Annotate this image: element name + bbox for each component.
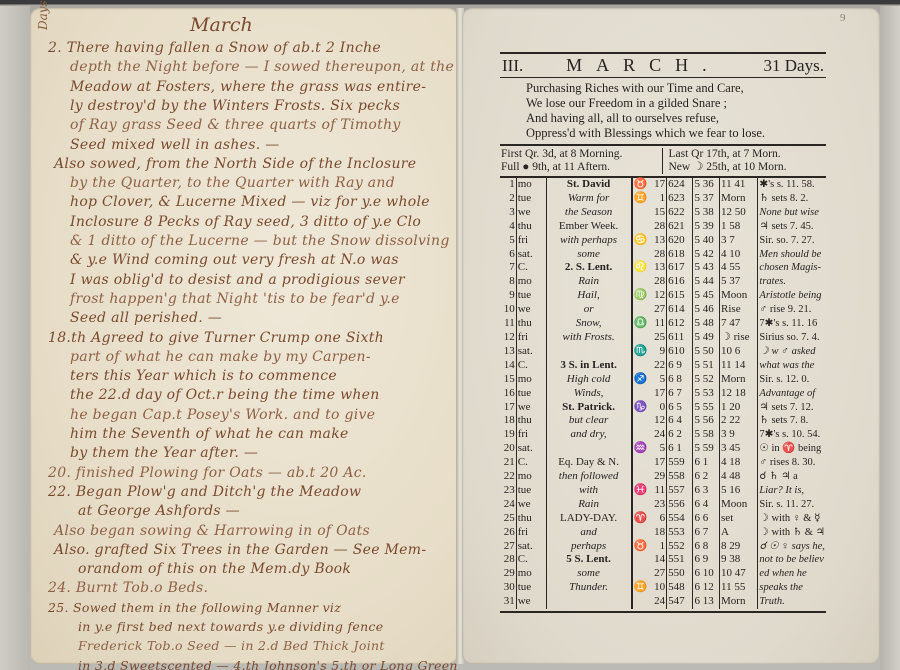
sunset: 5 53 — [693, 387, 720, 401]
feast-weather: St. David — [546, 178, 631, 192]
moon-sign-icon: ♋ — [632, 234, 651, 248]
feast-weather: 2. S. Lent. — [546, 261, 631, 275]
moon-degree: 10 — [650, 581, 666, 595]
moon-rise-set: 1 58 — [720, 220, 758, 234]
moon-sign-icon — [632, 248, 651, 262]
sunset: 5 43 — [693, 261, 720, 275]
weekday: we — [516, 206, 546, 220]
sunset: 5 44 — [693, 275, 720, 289]
diary-line: Frederick Tob.o Seed — in 2.d Bed Thick … — [78, 638, 385, 653]
sunset: 5 56 — [693, 414, 720, 428]
moon-rise-set: 2 22 — [720, 414, 758, 428]
calendar-row: 24weRain235566 4MoonSir. s. 11. 27. — [500, 498, 826, 512]
feast-weather: with perhaps — [546, 234, 631, 248]
almanac-verse: Purchasing Riches with our Time and Care… — [500, 78, 826, 144]
moon-degree: 9 — [650, 345, 666, 359]
moon-rise-set: 11 14 — [720, 359, 758, 373]
aspects-note: ♄ sets 8. 2. — [758, 192, 826, 206]
almanac-header: III. MARCH. 31 Days. — [500, 54, 826, 77]
sunrise: 552 — [667, 540, 693, 554]
weekday: C. — [516, 261, 546, 275]
diary-line: Seed mixed well in ashes. — — [70, 137, 280, 153]
moon-sign-icon — [632, 567, 651, 581]
day-number: 3 — [500, 206, 516, 220]
diary-line: he began Cap.t Posey's Work. and to give — [70, 407, 375, 423]
days-count: 31 Days. — [764, 56, 824, 76]
moon-rise-set: 3 45 — [720, 442, 758, 456]
feast-weather: LADY-DAY. — [546, 512, 631, 526]
sunrise: 614 — [667, 303, 693, 317]
aspects-note: ☌ ☉ ♀ says he, — [758, 540, 826, 554]
diary-line: & y.e Wind coming out very fresh at N.o … — [70, 252, 399, 268]
calendar-row: 7C.2. S. Lent.♌136175 434 55chosen Magis… — [500, 261, 826, 275]
feast-weather: Hail, — [546, 289, 631, 303]
calendar-row: 15moHigh cold♐56 85 52MornSir. s. 12. 0. — [500, 373, 826, 387]
calendar-row: 1moSt. David♉176245 3611 41✱'s s. 11. 58… — [500, 178, 826, 192]
aspects-note: 7✱'s s. 10. 54. — [758, 428, 826, 442]
moon-sign-icon — [632, 526, 651, 540]
sunrise: 616 — [667, 275, 693, 289]
sunset: 5 58 — [693, 428, 720, 442]
calendar-row: 13sat.♏96105 5010 6☽ w ♂ asked — [500, 345, 826, 359]
calendar-row: 5friwith perhaps♋136205 403 7Sir. so. 7.… — [500, 234, 826, 248]
day-number: 22 — [500, 470, 516, 484]
moon-sign-icon: ♉ — [632, 540, 651, 554]
day-number: 21 — [500, 456, 516, 470]
moon-sign-icon: ♊ — [632, 581, 651, 595]
diary-line: hop Clover, & Lucerne Mixed — viz for y.… — [70, 194, 430, 210]
weekday: tue — [516, 192, 546, 206]
diary-line: Seed all perished. — — [70, 310, 222, 326]
moon-rise-set: Morn — [720, 192, 758, 206]
sunset: 5 52 — [693, 373, 720, 387]
feast-weather: Snow, — [546, 317, 631, 331]
calendar-row: 30tueThunder.♊105486 1211 55speaks the — [500, 581, 826, 595]
moon-sign-icon: ♎ — [632, 317, 651, 331]
moon-degree: 12 — [650, 414, 666, 428]
sunset: 6 12 — [693, 581, 720, 595]
day-number: 17 — [500, 401, 516, 415]
moon-degree: 17 — [650, 456, 666, 470]
feast-weather: or — [546, 303, 631, 317]
moon-sign-icon — [632, 387, 651, 401]
moon-degree: 14 — [650, 553, 666, 567]
day-number: 16 — [500, 387, 516, 401]
calendar-row: 19friand dry,246 25 583 97✱'s s. 10. 54. — [500, 428, 826, 442]
feast-weather: with — [546, 484, 631, 498]
moon-phase-last-quarter: Last Qr 17th, at 7 Morn. — [669, 148, 826, 161]
moon-rise-set: 4 10 — [720, 248, 758, 262]
aspects-note: ☌ ♄ ♃ a — [758, 470, 826, 484]
feast-weather: Thunder. — [546, 581, 631, 595]
verse-line: And having all, all to ourselves refuse, — [526, 111, 826, 126]
weekday: mo — [516, 567, 546, 581]
sunrise: 620 — [667, 234, 693, 248]
day-number: 20 — [500, 442, 516, 456]
day-number: 23 — [500, 484, 516, 498]
moon-degree: 18 — [650, 526, 666, 540]
sunset: 5 38 — [693, 206, 720, 220]
moon-sign-icon: ♉ — [632, 178, 651, 192]
weekday: C. — [516, 553, 546, 567]
aspects-note: ✱'s s. 11. 58. — [758, 178, 826, 192]
weekday: we — [516, 401, 546, 415]
diary-line: ly destroy'd by the Winters Frosts. Six … — [70, 98, 400, 114]
diary-line: I was oblig'd to desist and a prodigious… — [70, 272, 405, 288]
verse-line: Oppress'd with Blessings which we fear t… — [526, 126, 826, 141]
aspects-note: ed when he — [758, 567, 826, 581]
moon-degree: 24 — [650, 595, 666, 609]
diary-month-title: March — [190, 14, 253, 36]
month-name: MARCH. — [566, 55, 721, 76]
sunrise: 622 — [667, 206, 693, 220]
diary-line: 22. Began Plow'g and Ditch'g the Meadow — [48, 484, 361, 500]
sunrise: 624 — [667, 178, 693, 192]
moon-rise-set: 10 6 — [720, 345, 758, 359]
moon-sign-icon: ♌ — [632, 261, 651, 275]
feast-weather: Winds, — [546, 387, 631, 401]
feast-weather: Warm for — [546, 192, 631, 206]
moon-degree: 29 — [650, 470, 666, 484]
sunset: 6 7 — [693, 526, 720, 540]
weekday: thu — [516, 317, 546, 331]
moon-rise-set: Rise — [720, 303, 758, 317]
aspects-note: speaks the — [758, 581, 826, 595]
moon-rise-set: Morn — [720, 373, 758, 387]
moon-degree: 27 — [650, 567, 666, 581]
day-number: 14 — [500, 359, 516, 373]
sunrise: 551 — [667, 553, 693, 567]
feast-weather: Rain — [546, 275, 631, 289]
day-number: 29 — [500, 567, 516, 581]
calendar-row: 3wethe Season156225 3812 50None but wise — [500, 206, 826, 220]
diary-line: depth the Night before — I sowed thereup… — [70, 59, 454, 75]
sunset: 5 48 — [693, 317, 720, 331]
moon-rise-set: 12 50 — [720, 206, 758, 220]
weekday: C. — [516, 359, 546, 373]
moon-sign-icon: ♊ — [632, 192, 651, 206]
aspects-note: ♃ sets 7. 45. — [758, 220, 826, 234]
moon-rise-set: 5 16 — [720, 484, 758, 498]
aspects-note: ☽ with ♀ & ☿ — [758, 512, 826, 526]
weekday: sat. — [516, 442, 546, 456]
sunrise: 6 7 — [667, 387, 693, 401]
feast-weather: some — [546, 248, 631, 262]
moon-phase-first-quarter: First Qr. 3d, at 8 Morning. — [501, 148, 658, 161]
weekday: sat. — [516, 540, 546, 554]
moon-sign-icon: ♒ — [632, 442, 651, 456]
moon-degree: 28 — [650, 248, 666, 262]
day-number: 13 — [500, 345, 516, 359]
weekday: sat. — [516, 345, 546, 359]
moon-degree: 12 — [650, 289, 666, 303]
mount-edge-left — [0, 6, 30, 670]
day-number: 15 — [500, 373, 516, 387]
weekday: we — [516, 595, 546, 609]
moon-degree: 11 — [650, 484, 666, 498]
moon-rise-set: 5 37 — [720, 275, 758, 289]
sunrise: 612 — [667, 317, 693, 331]
aspects-note: None but wise — [758, 206, 826, 220]
moon-sign-icon — [632, 428, 651, 442]
diary-line: him the Seventh of what he can make — [70, 426, 349, 442]
moon-rise-set: Morn — [720, 595, 758, 609]
calendar-row: 20sat.♒56 15 593 45☉ in ♈ being — [500, 442, 826, 456]
aspects-note: not to be believ — [758, 553, 826, 567]
day-number: 24 — [500, 498, 516, 512]
moon-rise-set: A — [720, 526, 758, 540]
day-number: 8 — [500, 275, 516, 289]
aspects-note: Sirius so. 7. 4. — [758, 331, 826, 345]
moon-rise-set: 3 7 — [720, 234, 758, 248]
calendar-row: 21C.Eq. Day & N.175596 14 18♂ rises 8. 3… — [500, 456, 826, 470]
sunset: 6 6 — [693, 512, 720, 526]
sunset: 5 36 — [693, 178, 720, 192]
calendar-row: 12friwith Frosts.256115 49☽ riseSirius s… — [500, 331, 826, 345]
feast-weather: St. Patrick. — [546, 401, 631, 415]
aspects-note: ♄ sets 7. 8. — [758, 414, 826, 428]
moon-rise-set: 4 18 — [720, 456, 758, 470]
moon-sign-icon — [632, 553, 651, 567]
moon-degree: 13 — [650, 234, 666, 248]
calendar-row: 11thuSnow,♎116125 487 477✱'s s. 11. 16 — [500, 317, 826, 331]
moon-sign-icon — [632, 498, 651, 512]
calendar-row: 8moRain286165 445 37trates. — [500, 275, 826, 289]
day-number: 9 — [500, 289, 516, 303]
diary-line: by the Quarter, to the Quarter with Ray … — [70, 175, 395, 191]
moon-degree: 5 — [650, 442, 666, 456]
sunset: 6 9 — [693, 553, 720, 567]
sunrise: 547 — [667, 595, 693, 609]
sunset: 5 42 — [693, 248, 720, 262]
weekday: tue — [516, 387, 546, 401]
calendar-row: 2tueWarm for♊16235 37Morn♄ sets 8. 2. — [500, 192, 826, 206]
day-number: 6 — [500, 248, 516, 262]
day-number: 28 — [500, 553, 516, 567]
moon-sign-icon — [632, 303, 651, 317]
moon-degree: 25 — [650, 331, 666, 345]
weekday: thu — [516, 414, 546, 428]
sunrise: 6 2 — [667, 428, 693, 442]
sunrise: 611 — [667, 331, 693, 345]
diary-line: of Ray grass Seed & three quarts of Timo… — [70, 117, 401, 133]
moon-degree: 23 — [650, 498, 666, 512]
sunrise: 6 5 — [667, 401, 693, 415]
day-number: 30 — [500, 581, 516, 595]
verse-line: We lose our Freedom in a gilded Snare ; — [526, 96, 826, 111]
sunset: 5 55 — [693, 401, 720, 415]
moon-phase-full: Full ● 9th, at 11 Aftern. — [501, 161, 658, 174]
sunset: 5 51 — [693, 359, 720, 373]
calendar-row: 23tuewith♓115576 35 16Liar? It is, — [500, 484, 826, 498]
day-number: 4 — [500, 220, 516, 234]
diary-line: 24. Burnt Tob.o Beds. — [48, 580, 208, 596]
weekday: tue — [516, 581, 546, 595]
sunset: 6 4 — [693, 498, 720, 512]
diary-line: Also began sowing & Harrowing in of Oats — [54, 523, 370, 539]
rule-bottom — [500, 611, 826, 613]
day-number: 18 — [500, 414, 516, 428]
diary-line: Inclosure 8 Pecks of Ray seed, 3 ditto o… — [70, 214, 421, 230]
sunset: 5 59 — [693, 442, 720, 456]
month-numeral: III. — [502, 56, 523, 76]
aspects-note: trates. — [758, 275, 826, 289]
sunrise: 6 9 — [667, 359, 693, 373]
feast-weather: some — [546, 567, 631, 581]
feast-weather — [546, 595, 631, 609]
calendar-row: 14C.3 S. in Lent.226 95 5111 14what was … — [500, 359, 826, 373]
day-number: 25 — [500, 512, 516, 526]
calendar-row: 6sat.some286185 424 10Men should be — [500, 248, 826, 262]
verse-line: Purchasing Riches with our Time and Care… — [526, 81, 826, 96]
mount-edge-right — [880, 6, 900, 670]
calendar-row: 16tueWinds,176 75 5312 18Advantage of — [500, 387, 826, 401]
weekday: thu — [516, 512, 546, 526]
sunset: 5 50 — [693, 345, 720, 359]
day-number: 5 — [500, 234, 516, 248]
aspects-note: Sir. s. 12. 0. — [758, 373, 826, 387]
feast-weather: Ember Week. — [546, 220, 631, 234]
moon-rise-set: 4 55 — [720, 261, 758, 275]
calendar-row: 25thuLADY-DAY.♈65546 6set☽ with ♀ & ☿ — [500, 512, 826, 526]
moon-rise-set: 4 48 — [720, 470, 758, 484]
feast-weather: Eq. Day & N. — [546, 456, 631, 470]
moon-phase-new: New ☽ 25th, at 10 Morn. — [669, 161, 826, 174]
day-number: 31 — [500, 595, 516, 609]
moon-sign-icon: ♑ — [632, 401, 651, 415]
diary-line: by them the Year after. — — [70, 445, 258, 461]
moon-sign-icon — [632, 275, 651, 289]
diary-line: Meadow at Fosters, where the grass was e… — [70, 79, 426, 95]
moon-sign-icon — [632, 331, 651, 345]
moon-degree: 5 — [650, 373, 666, 387]
moon-rise-set: Moon — [720, 289, 758, 303]
diary-line: orandom of this on the Mem.dy Book — [78, 561, 351, 577]
moon-rise-set: 3 9 — [720, 428, 758, 442]
sunrise: 6 4 — [667, 414, 693, 428]
moon-rise-set: Moon — [720, 498, 758, 512]
diary-line: & 1 ditto of the Lucerne — but the Snow … — [70, 233, 450, 249]
diary-line: frost happen'g that Night 'tis to be fea… — [70, 291, 400, 307]
moon-rise-set: 7 47 — [720, 317, 758, 331]
moon-degree: 28 — [650, 275, 666, 289]
moon-sign-icon — [632, 220, 651, 234]
moon-degree: 1 — [650, 540, 666, 554]
moon-rise-set: 1 20 — [720, 401, 758, 415]
moon-degree: 17 — [650, 387, 666, 401]
sunrise: 6 1 — [667, 442, 693, 456]
sunrise: 554 — [667, 512, 693, 526]
sunrise: 6 8 — [667, 373, 693, 387]
weekday: tue — [516, 484, 546, 498]
moon-sign-icon: ♐ — [632, 373, 651, 387]
aspects-note: chosen Magis- — [758, 261, 826, 275]
feast-weather: the Season — [546, 206, 631, 220]
aspects-note: what was the — [758, 359, 826, 373]
calendar-row: 27sat.perhaps♉15526 88 29☌ ☉ ♀ says he, — [500, 540, 826, 554]
day-number: 19 — [500, 428, 516, 442]
sunset: 6 3 — [693, 484, 720, 498]
calendar-row: 26friand185536 7A☽ with ♄ & ♃ — [500, 526, 826, 540]
calendar-row: 29mosome275506 1010 47ed when he — [500, 567, 826, 581]
weekday: fri — [516, 428, 546, 442]
aspects-note: ♃ sets 7. 12. — [758, 401, 826, 415]
aspects-note: Advantage of — [758, 387, 826, 401]
weekday: mo — [516, 275, 546, 289]
moon-degree: 28 — [650, 220, 666, 234]
sunset: 5 46 — [693, 303, 720, 317]
moon-rise-set: set — [720, 512, 758, 526]
moon-sign-icon: ♓ — [632, 484, 651, 498]
moon-sign-icon: ♏ — [632, 345, 651, 359]
diary-line: the 22.d day of Oct.r being the time whe… — [70, 387, 380, 403]
weekday: mo — [516, 470, 546, 484]
sunrise: 618 — [667, 248, 693, 262]
calendar-row: 18thubut clear126 45 562 22♄ sets 7. 8. — [500, 414, 826, 428]
diary-line: Also sowed, from the North Side of the I… — [54, 156, 416, 172]
moon-degree: 15 — [650, 206, 666, 220]
sunset: 5 45 — [693, 289, 720, 303]
weekday: C. — [516, 456, 546, 470]
day-number: 7 — [500, 261, 516, 275]
margin-days-label: Days — [36, 0, 50, 30]
moon-rise-set: 12 18 — [720, 387, 758, 401]
weekday: thu — [516, 220, 546, 234]
sunrise: 617 — [667, 261, 693, 275]
moon-rise-set: 8 29 — [720, 540, 758, 554]
diary-line: 2. There having fallen a Snow of ab.t 2 … — [48, 40, 381, 56]
moon-sign-icon: ♈ — [632, 512, 651, 526]
moon-degree: 0 — [650, 401, 666, 415]
weekday: fri — [516, 526, 546, 540]
moon-phases: First Qr. 3d, at 8 Morning. Full ● 9th, … — [500, 146, 826, 176]
diary-line: at George Ashfords — — [78, 503, 240, 519]
calendar-row: 28C.5 S. Lent.145516 99 38not to be beli… — [500, 553, 826, 567]
day-number: 1 — [500, 178, 516, 192]
weekday: fri — [516, 331, 546, 345]
sunrise: 610 — [667, 345, 693, 359]
sunrise: 623 — [667, 192, 693, 206]
calendar-row: 31we245476 13MornTruth. — [500, 595, 826, 609]
aspects-note: ☉ in ♈ being — [758, 442, 826, 456]
day-number: 10 — [500, 303, 516, 317]
feast-weather: then followed — [546, 470, 631, 484]
sunset: 5 49 — [693, 331, 720, 345]
moon-sign-icon — [632, 414, 651, 428]
sunset: 6 10 — [693, 567, 720, 581]
moon-sign-icon — [632, 456, 651, 470]
weekday: we — [516, 498, 546, 512]
sunrise: 553 — [667, 526, 693, 540]
sunrise: 550 — [667, 567, 693, 581]
sunset: 5 39 — [693, 220, 720, 234]
weekday: mo — [516, 178, 546, 192]
sunrise: 615 — [667, 289, 693, 303]
moon-degree: 17 — [650, 178, 666, 192]
calendar-table: 1moSt. David♉176245 3611 41✱'s s. 11. 58… — [500, 178, 826, 609]
weekday: fri — [516, 234, 546, 248]
moon-sign-icon — [632, 595, 651, 609]
sunrise: 556 — [667, 498, 693, 512]
moon-rise-set: 11 41 — [720, 178, 758, 192]
sunset: 5 37 — [693, 192, 720, 206]
almanac-calendar: III. MARCH. 31 Days. Purchasing Riches w… — [500, 52, 826, 613]
feast-weather: Rain — [546, 498, 631, 512]
day-number: 11 — [500, 317, 516, 331]
diary-line: 25. Sowed them in the following Manner v… — [48, 600, 341, 615]
moon-phases-right: Last Qr 17th, at 7 Morn. New ☽ 25th, at … — [663, 148, 826, 174]
feast-weather: and — [546, 526, 631, 540]
